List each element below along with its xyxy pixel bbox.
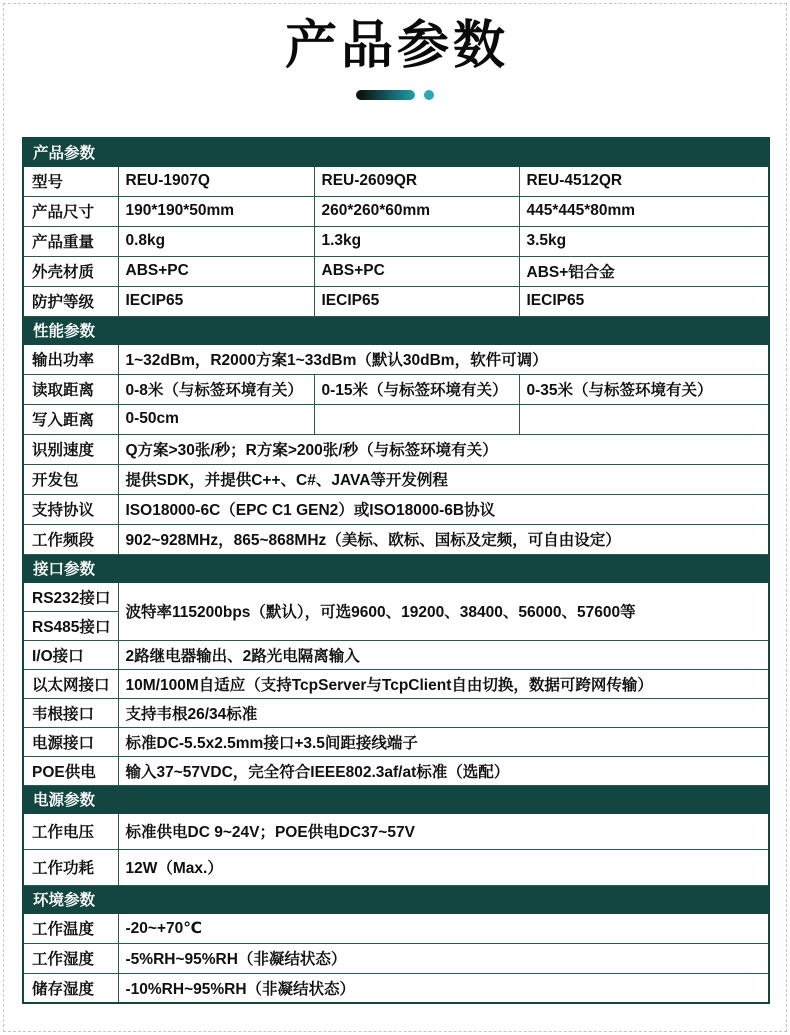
spec-label: 识别速度 [23, 434, 118, 464]
spec-value: 10M/100M自适应（支持TcpServer与TcpClient自由切换，数据… [118, 669, 769, 698]
section-header-product: 产品参数 [23, 138, 769, 166]
spec-value: IECIP65 [314, 286, 519, 316]
section-header-power: 电源参数 [23, 785, 769, 813]
spec-row-ethernet: 以太网接口 10M/100M自适应（支持TcpServer与TcpClient自… [23, 669, 769, 698]
spec-label: POE供电 [23, 756, 118, 785]
spec-row-model: 型号 REU-1907Q REU-2609QR REU-4512QR [23, 166, 769, 196]
spec-label: 写入距离 [23, 404, 118, 434]
spec-row-read-distance: 读取距离 0-8米（与标签环境有关） 0-15米（与标签环境有关） 0-35米（… [23, 374, 769, 404]
spec-label: 输出功率 [23, 344, 118, 374]
spec-row-shell-material: 外壳材质 ABS+PC ABS+PC ABS+铝合金 [23, 256, 769, 286]
section-title: 电源参数 [23, 785, 769, 813]
spec-label: 产品重量 [23, 226, 118, 256]
spec-value: -5%RH~95%RH（非凝结状态） [118, 943, 769, 973]
spec-value: 3.5kg [519, 226, 769, 256]
spec-label: 支持协议 [23, 494, 118, 524]
spec-value [519, 404, 769, 434]
spec-value: 1~32dBm，R2000方案1~33dBm（默认30dBm，软件可调） [118, 344, 769, 374]
spec-value: 0-50cm [118, 404, 314, 434]
spec-value: 2路继电器输出、2路光电隔离输入 [118, 640, 769, 669]
spec-row-sdk: 开发包 提供SDK，并提供C++、C#、JAVA等开发例程 [23, 464, 769, 494]
spec-value: 0-8米（与标签环境有关） [118, 374, 314, 404]
spec-row-identify-speed: 识别速度 Q方案>30张/秒；R方案>200张/秒（与标签环境有关） [23, 434, 769, 464]
spec-row-working-humidity: 工作湿度 -5%RH~95%RH（非凝结状态） [23, 943, 769, 973]
spec-value: 0.8kg [118, 226, 314, 256]
spec-label: 工作温度 [23, 913, 118, 943]
spec-label: 工作频段 [23, 524, 118, 554]
spec-value: 波特率115200bps（默认），可选9600、19200、38400、5600… [118, 582, 769, 640]
section-header-environment: 环境参数 [23, 885, 769, 913]
spec-label: 读取距离 [23, 374, 118, 404]
spec-value: ABS+铝合金 [519, 256, 769, 286]
spec-row-dimensions: 产品尺寸 190*190*50mm 260*260*60mm 445*445*8… [23, 196, 769, 226]
spec-label: 工作湿度 [23, 943, 118, 973]
spec-row-write-distance: 写入距离 0-50cm [23, 404, 769, 434]
spec-label: 外壳材质 [23, 256, 118, 286]
spec-value: -20~+70℃ [118, 913, 769, 943]
spec-value: 标准DC-5.5x2.5mm接口+3.5间距接线端子 [118, 727, 769, 756]
spec-value: 902~928MHz，865~868MHz（美标、欧标、国标及定频，可自由设定） [118, 524, 769, 554]
spec-value: 445*445*80mm [519, 196, 769, 226]
section-header-performance: 性能参数 [23, 316, 769, 344]
underline-dot [424, 90, 434, 100]
spec-value: 1.3kg [314, 226, 519, 256]
spec-row-wiegand: 韦根接口 支持韦根26/34标准 [23, 698, 769, 727]
spec-label: 型号 [23, 166, 118, 196]
spec-row-weight: 产品重量 0.8kg 1.3kg 3.5kg [23, 226, 769, 256]
spec-row-output-power: 输出功率 1~32dBm，R2000方案1~33dBm（默认30dBm，软件可调… [23, 344, 769, 374]
spec-value: REU-4512QR [519, 166, 769, 196]
spec-row-storage-humidity: 储存湿度 -10%RH~95%RH（非凝结状态） [23, 973, 769, 1003]
underline-bar [356, 90, 415, 100]
spec-value: 260*260*60mm [314, 196, 519, 226]
spec-value: ABS+PC [118, 256, 314, 286]
spec-value: ISO18000-6C（EPC C1 GEN2）或ISO18000-6B协议 [118, 494, 769, 524]
spec-value: 输入37~57VDC，完全符合IEEE802.3af/at标准（选配） [118, 756, 769, 785]
spec-value: ABS+PC [314, 256, 519, 286]
spec-row-rs232: RS232接口 波特率115200bps（默认），可选9600、19200、38… [23, 582, 769, 611]
spec-label: I/O接口 [23, 640, 118, 669]
title-underline-decoration [0, 90, 790, 100]
spec-row-protection-rating: 防护等级 IECIP65 IECIP65 IECIP65 [23, 286, 769, 316]
spec-label: 储存湿度 [23, 973, 118, 1003]
page-title: 产品参数 [0, 0, 790, 76]
section-header-interface: 接口参数 [23, 554, 769, 582]
section-title: 接口参数 [23, 554, 769, 582]
spec-value: REU-1907Q [118, 166, 314, 196]
spec-label: 开发包 [23, 464, 118, 494]
spec-value [314, 404, 519, 434]
spec-row-power-port: 电源接口 标准DC-5.5x2.5mm接口+3.5间距接线端子 [23, 727, 769, 756]
spec-table: 产品参数 型号 REU-1907Q REU-2609QR REU-4512QR … [22, 137, 770, 1004]
spec-value: 支持韦根26/34标准 [118, 698, 769, 727]
spec-label: 防护等级 [23, 286, 118, 316]
spec-row-working-voltage: 工作电压 标准供电DC 9~24V；POE供电DC37~57V [23, 813, 769, 849]
spec-value: IECIP65 [519, 286, 769, 316]
spec-row-frequency-band: 工作频段 902~928MHz，865~868MHz（美标、欧标、国标及定频，可… [23, 524, 769, 554]
spec-label: RS485接口 [23, 611, 118, 640]
spec-label: 工作电压 [23, 813, 118, 849]
spec-value: IECIP65 [118, 286, 314, 316]
spec-value: 提供SDK，并提供C++、C#、JAVA等开发例程 [118, 464, 769, 494]
spec-label: 以太网接口 [23, 669, 118, 698]
spec-value: 0-35米（与标签环境有关） [519, 374, 769, 404]
spec-value: 190*190*50mm [118, 196, 314, 226]
spec-value: 标准供电DC 9~24V；POE供电DC37~57V [118, 813, 769, 849]
spec-row-protocol: 支持协议 ISO18000-6C（EPC C1 GEN2）或ISO18000-6… [23, 494, 769, 524]
spec-label: 产品尺寸 [23, 196, 118, 226]
spec-value: -10%RH~95%RH（非凝结状态） [118, 973, 769, 1003]
spec-row-working-temperature: 工作温度 -20~+70℃ [23, 913, 769, 943]
page-header: 产品参数 [0, 0, 790, 100]
spec-value: 0-15米（与标签环境有关） [314, 374, 519, 404]
spec-value: Q方案>30张/秒；R方案>200张/秒（与标签环境有关） [118, 434, 769, 464]
section-title: 环境参数 [23, 885, 769, 913]
spec-label: RS232接口 [23, 582, 118, 611]
spec-row-power-consumption: 工作功耗 12W（Max.） [23, 849, 769, 885]
spec-label: 韦根接口 [23, 698, 118, 727]
section-title: 性能参数 [23, 316, 769, 344]
spec-value: REU-2609QR [314, 166, 519, 196]
spec-value: 12W（Max.） [118, 849, 769, 885]
spec-row-io: I/O接口 2路继电器输出、2路光电隔离输入 [23, 640, 769, 669]
spec-label: 电源接口 [23, 727, 118, 756]
spec-label: 工作功耗 [23, 849, 118, 885]
section-title: 产品参数 [23, 138, 769, 166]
spec-row-poe: POE供电 输入37~57VDC，完全符合IEEE802.3af/at标准（选配… [23, 756, 769, 785]
